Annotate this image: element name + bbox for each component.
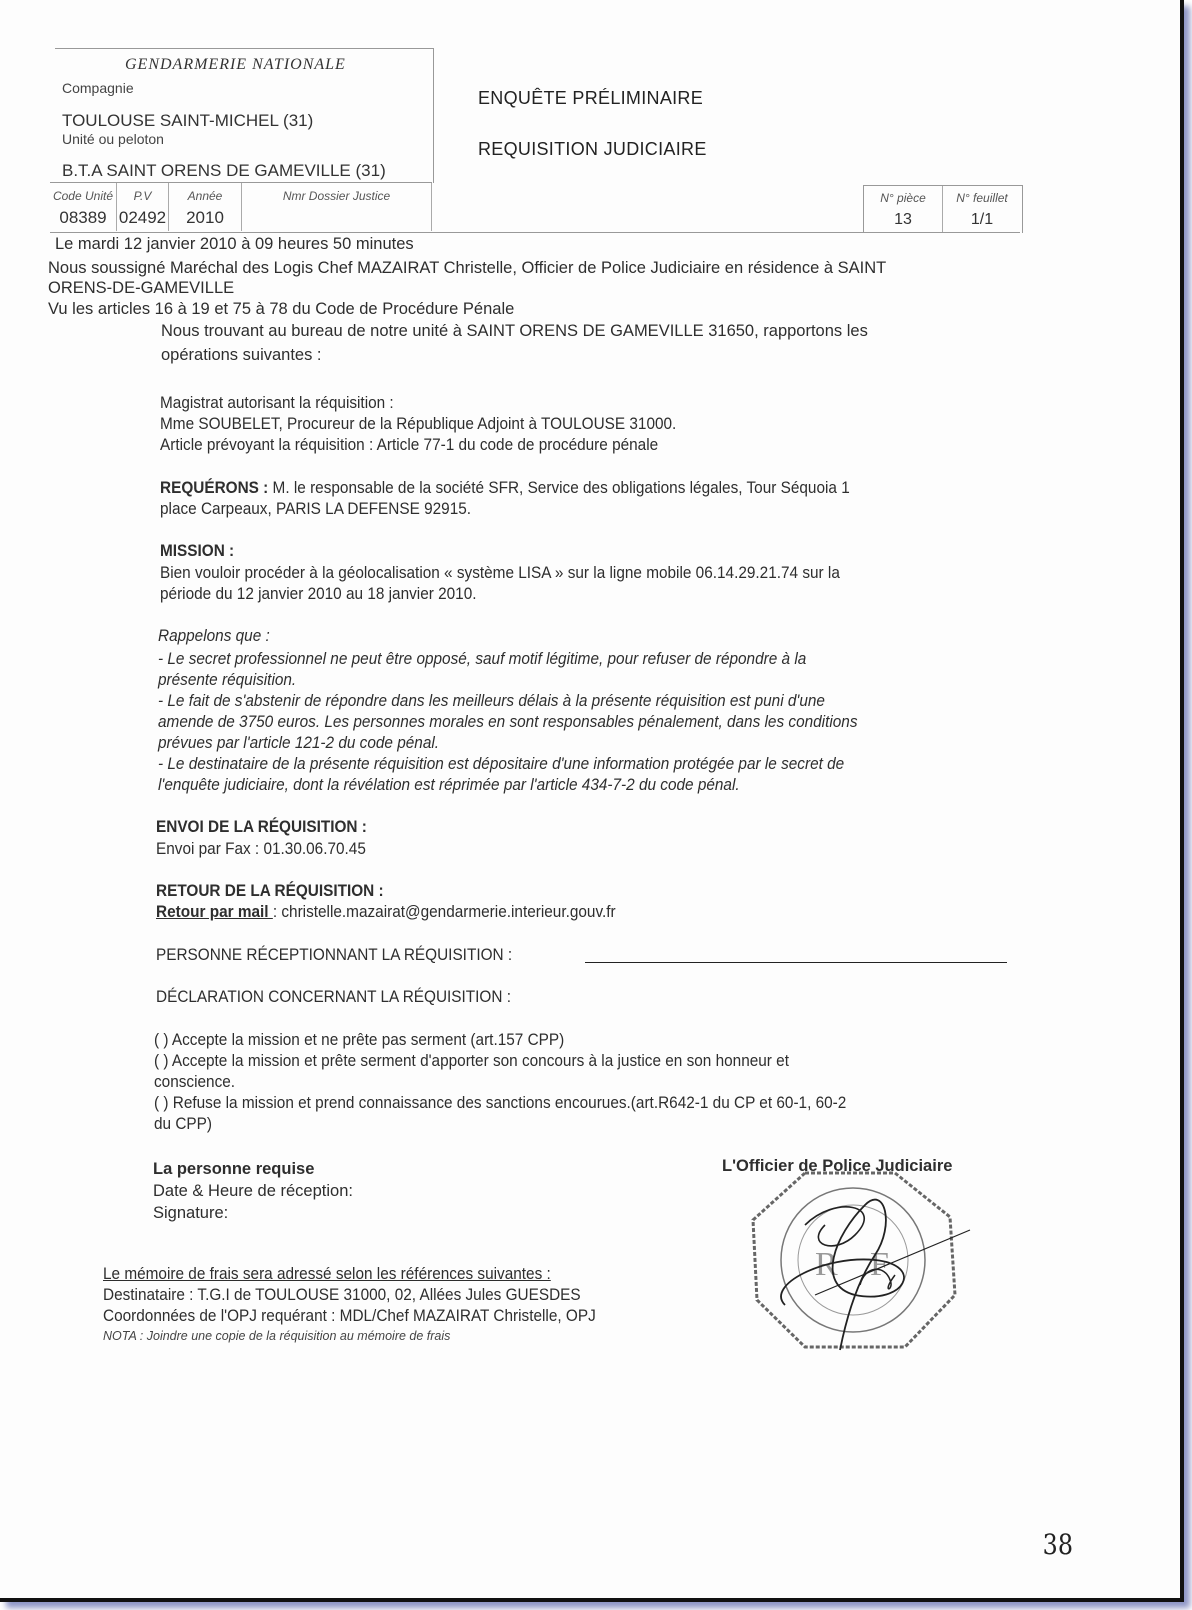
- personne-signature-line[interactable]: [585, 962, 1007, 963]
- title-enquete: ENQUÊTE PRÉLIMINAIRE: [478, 88, 703, 109]
- rappel-line: l'enquête judiciaire, dont la révélation…: [158, 776, 740, 795]
- header-divider: [50, 232, 1020, 233]
- declaration-option-cont: du CPP): [154, 1115, 212, 1134]
- title-requisition: REQUISITION JUDICIAIRE: [478, 139, 707, 160]
- rappel-line: - Le destinataire de la présente réquisi…: [158, 755, 844, 774]
- field-feuillet: N° feuillet 1/1: [943, 186, 1021, 233]
- declaration-option-cont: conscience.: [154, 1073, 235, 1092]
- memoire-coordonnees: Coordonnées de l'OPJ requérant : MDL/Che…: [103, 1307, 596, 1326]
- date-line: Le mardi 12 janvier 2010 à 09 heures 50 …: [55, 235, 414, 254]
- signature-label: Signature:: [153, 1204, 228, 1223]
- piece-feuillet-box: N° pièce 13 N° feuillet 1/1: [863, 185, 1023, 233]
- mission-line-1: Bien vouloir procéder à la géolocalisati…: [160, 564, 840, 583]
- declaration-option[interactable]: ( ) Refuse la mission et prend connaissa…: [154, 1094, 846, 1113]
- requerons-line-1: REQUÉRONS : M. le responsable de la soci…: [160, 479, 850, 498]
- case-fields-row: Code Unité 08389 P.V 02492 Année 2010 Nm…: [50, 182, 432, 231]
- date-heure-label: Date & Heure de réception:: [153, 1182, 353, 1201]
- magistrat-label: Magistrat autorisant la réquisition :: [160, 394, 394, 413]
- declaration-option[interactable]: ( ) Accepte la mission et ne prête pas s…: [154, 1031, 564, 1050]
- memoire-title: Le mémoire de frais sera adressé selon l…: [103, 1265, 551, 1284]
- field-code-unite: Code Unité 08389: [50, 183, 117, 231]
- personne-label: PERSONNE RÉCEPTIONNANT LA RÉQUISITION :: [156, 946, 512, 965]
- unite-value: B.T.A SAINT ORENS DE GAMEVILLE (31): [62, 161, 386, 181]
- declaration-label: DÉCLARATION CONCERNANT LA RÉQUISITION :: [156, 988, 511, 1007]
- document-page: GENDARMERIE NATIONALE Compagnie TOULOUSE…: [0, 0, 1184, 1602]
- magistrat-article: Article prévoyant la réquisition : Artic…: [160, 436, 658, 455]
- field-dossier-justice: Nmr Dossier Justice: [242, 183, 432, 231]
- field-piece: N° pièce 13: [864, 186, 943, 233]
- mission-line-2: période du 12 janvier 2010 au 18 janvier…: [160, 585, 477, 604]
- retour-label: RETOUR DE LA RÉQUISITION :: [156, 882, 384, 901]
- officer-line-2: ORENS-DE-GAMEVILLE: [48, 279, 234, 298]
- rappel-line: - Le fait de s'abstenir de répondre dans…: [158, 692, 825, 711]
- mission-label: MISSION :: [160, 542, 234, 561]
- retour-mail-label: Retour par mail: [156, 903, 273, 921]
- rappel-line: présente réquisition.: [158, 671, 296, 690]
- declaration-option[interactable]: ( ) Accepte la mission et prête serment …: [154, 1052, 789, 1071]
- requerons-label: REQUÉRONS :: [160, 479, 268, 497]
- svg-text:F: F: [870, 1246, 889, 1283]
- field-annee: Année 2010: [169, 183, 242, 231]
- bureau-line-1: Nous trouvant au bureau de notre unité à…: [161, 322, 868, 341]
- official-stamp-icon: R F: [745, 1165, 975, 1355]
- magistrat-name: Mme SOUBELET, Procureur de la République…: [160, 415, 676, 434]
- articles-line: Vu les articles 16 à 19 et 75 à 78 du Co…: [48, 300, 514, 319]
- handwritten-page-number: 38: [1043, 1528, 1073, 1561]
- requerons-line-2: place Carpeaux, PARIS LA DEFENSE 92915.: [160, 500, 471, 519]
- memoire-nota: NOTA : Joindre une copie de la réquisiti…: [103, 1329, 450, 1343]
- retour-mail-value: : christelle.mazairat@gendarmerie.interi…: [273, 903, 616, 921]
- rappel-label: Rappelons que :: [158, 627, 270, 646]
- organization-name: GENDARMERIE NATIONALE: [125, 56, 346, 74]
- bureau-line-2: opérations suivantes :: [161, 346, 322, 365]
- memoire-destinataire: Destinataire : T.G.I de TOULOUSE 31000, …: [103, 1286, 581, 1305]
- compagnie-value: TOULOUSE SAINT-MICHEL (31): [62, 111, 313, 131]
- officer-line-1: Nous soussigné Maréchal des Logis Chef M…: [48, 259, 886, 278]
- rappel-line: prévues par l'article 121-2 du code péna…: [158, 734, 439, 753]
- field-pv: P.V 02492: [117, 183, 169, 231]
- compagnie-label: Compagnie: [62, 80, 134, 96]
- rappel-line: - Le secret professionnel ne peut être o…: [158, 650, 806, 669]
- unite-label: Unité ou peloton: [62, 131, 164, 147]
- rappel-line: amende de 3750 euros. Les personnes mora…: [158, 713, 858, 732]
- envoi-label: ENVOI DE LA RÉQUISITION :: [156, 818, 367, 837]
- retour-mail-line: Retour par mail : christelle.mazairat@ge…: [156, 903, 616, 922]
- envoi-fax: Envoi par Fax : 01.30.06.70.45: [156, 840, 366, 859]
- personne-requise-label: La personne requise: [153, 1160, 314, 1179]
